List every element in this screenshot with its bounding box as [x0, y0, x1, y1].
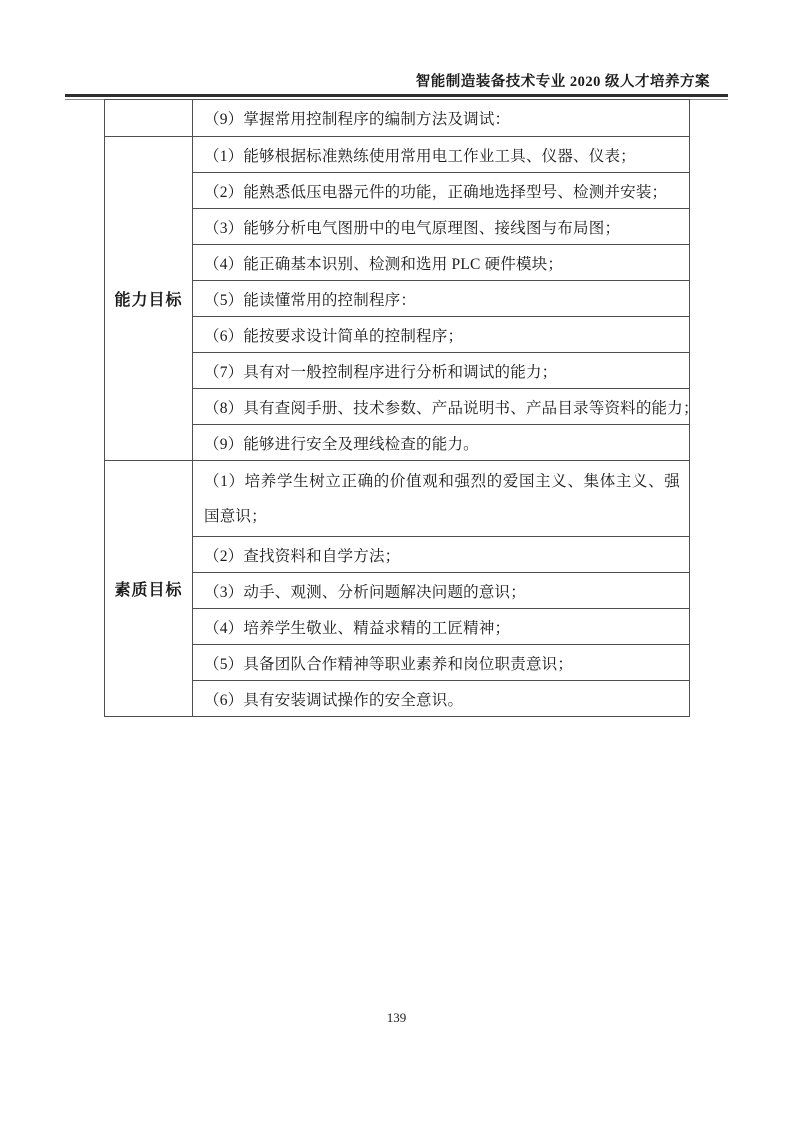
- table-row: （4）能正确基本识别、检测和选用 PLC 硬件模块；: [105, 245, 690, 281]
- item-cell: （7）具有对一般控制程序进行分析和调试的能力；: [193, 353, 690, 389]
- table-row: （6）能按要求设计简单的控制程序；: [105, 317, 690, 353]
- table-row: （3）能够分析电气图册中的电气原理图、接线图与布局图；: [105, 209, 690, 245]
- table-row: （8）具有查阅手册、技术参数、产品说明书、产品目录等资料的能力；: [105, 389, 690, 425]
- table-row: （4）培养学生敬业、精益求精的工匠精神；: [105, 609, 690, 645]
- item-cell: （1）能够根据标准熟练使用常用电工作业工具、仪器、仪表；: [193, 137, 690, 173]
- document-page: 智能制造装备技术专业 2020 级人才培养方案 （9）掌握常用控制程序的编制方法…: [0, 0, 793, 1122]
- table-row: 能力目标 （1）能够根据标准熟练使用常用电工作业工具、仪器、仪表；: [105, 137, 690, 173]
- page-header-title: 智能制造装备技术专业 2020 级人才培养方案: [416, 70, 710, 91]
- table-row: （9）掌握常用控制程序的编制方法及调试：: [105, 100, 690, 137]
- item-cell: （3）能够分析电气图册中的电气原理图、接线图与布局图；: [193, 209, 690, 245]
- item-cell: （6）能按要求设计简单的控制程序；: [193, 317, 690, 353]
- item-cell: （1）培养学生树立正确的价值观和强烈的爱国主义、集体主义、强国意识；: [193, 461, 690, 537]
- table-row: （7）具有对一般控制程序进行分析和调试的能力；: [105, 353, 690, 389]
- item-cell: （5）具备团队合作精神等职业素养和岗位职责意识；: [193, 645, 690, 681]
- table-row: （2）能熟悉低压电器元件的功能，正确地选择型号、检测并安装；: [105, 173, 690, 209]
- item-cell: （9）能够进行安全及理线检查的能力。: [193, 425, 690, 461]
- table-row: （2）查找资料和自学方法；: [105, 537, 690, 573]
- label-cell-ability: 能力目标: [105, 137, 193, 461]
- table-row: （5）能读懂常用的控制程序：: [105, 281, 690, 317]
- item-cell: （6）具有安装调试操作的安全意识。: [193, 681, 690, 717]
- objectives-table: （9）掌握常用控制程序的编制方法及调试： 能力目标 （1）能够根据标准熟练使用常…: [104, 99, 690, 717]
- table-row: （9）能够进行安全及理线检查的能力。: [105, 425, 690, 461]
- label-cell-quality: 素质目标: [105, 461, 193, 717]
- item-cell: （2）查找资料和自学方法；: [193, 537, 690, 573]
- table-row: （3）动手、观测、分析问题解决问题的意识；: [105, 573, 690, 609]
- item-cell: （9）掌握常用控制程序的编制方法及调试：: [193, 100, 690, 137]
- item-cell: （2）能熟悉低压电器元件的功能，正确地选择型号、检测并安装；: [193, 173, 690, 209]
- item-cell: （4）培养学生敬业、精益求精的工匠精神；: [193, 609, 690, 645]
- item-cell: （4）能正确基本识别、检测和选用 PLC 硬件模块；: [193, 245, 690, 281]
- table-row: （5）具备团队合作精神等职业素养和岗位职责意识；: [105, 645, 690, 681]
- table-row: 素质目标 （1）培养学生树立正确的价值观和强烈的爱国主义、集体主义、强国意识；: [105, 461, 690, 537]
- table-row: （6）具有安装调试操作的安全意识。: [105, 681, 690, 717]
- page-number: 139: [0, 1010, 793, 1026]
- item-cell: （3）动手、观测、分析问题解决问题的意识；: [193, 573, 690, 609]
- item-cell: （5）能读懂常用的控制程序：: [193, 281, 690, 317]
- item-cell: （8）具有查阅手册、技术参数、产品说明书、产品目录等资料的能力；: [193, 389, 690, 425]
- label-cell-empty: [105, 100, 193, 137]
